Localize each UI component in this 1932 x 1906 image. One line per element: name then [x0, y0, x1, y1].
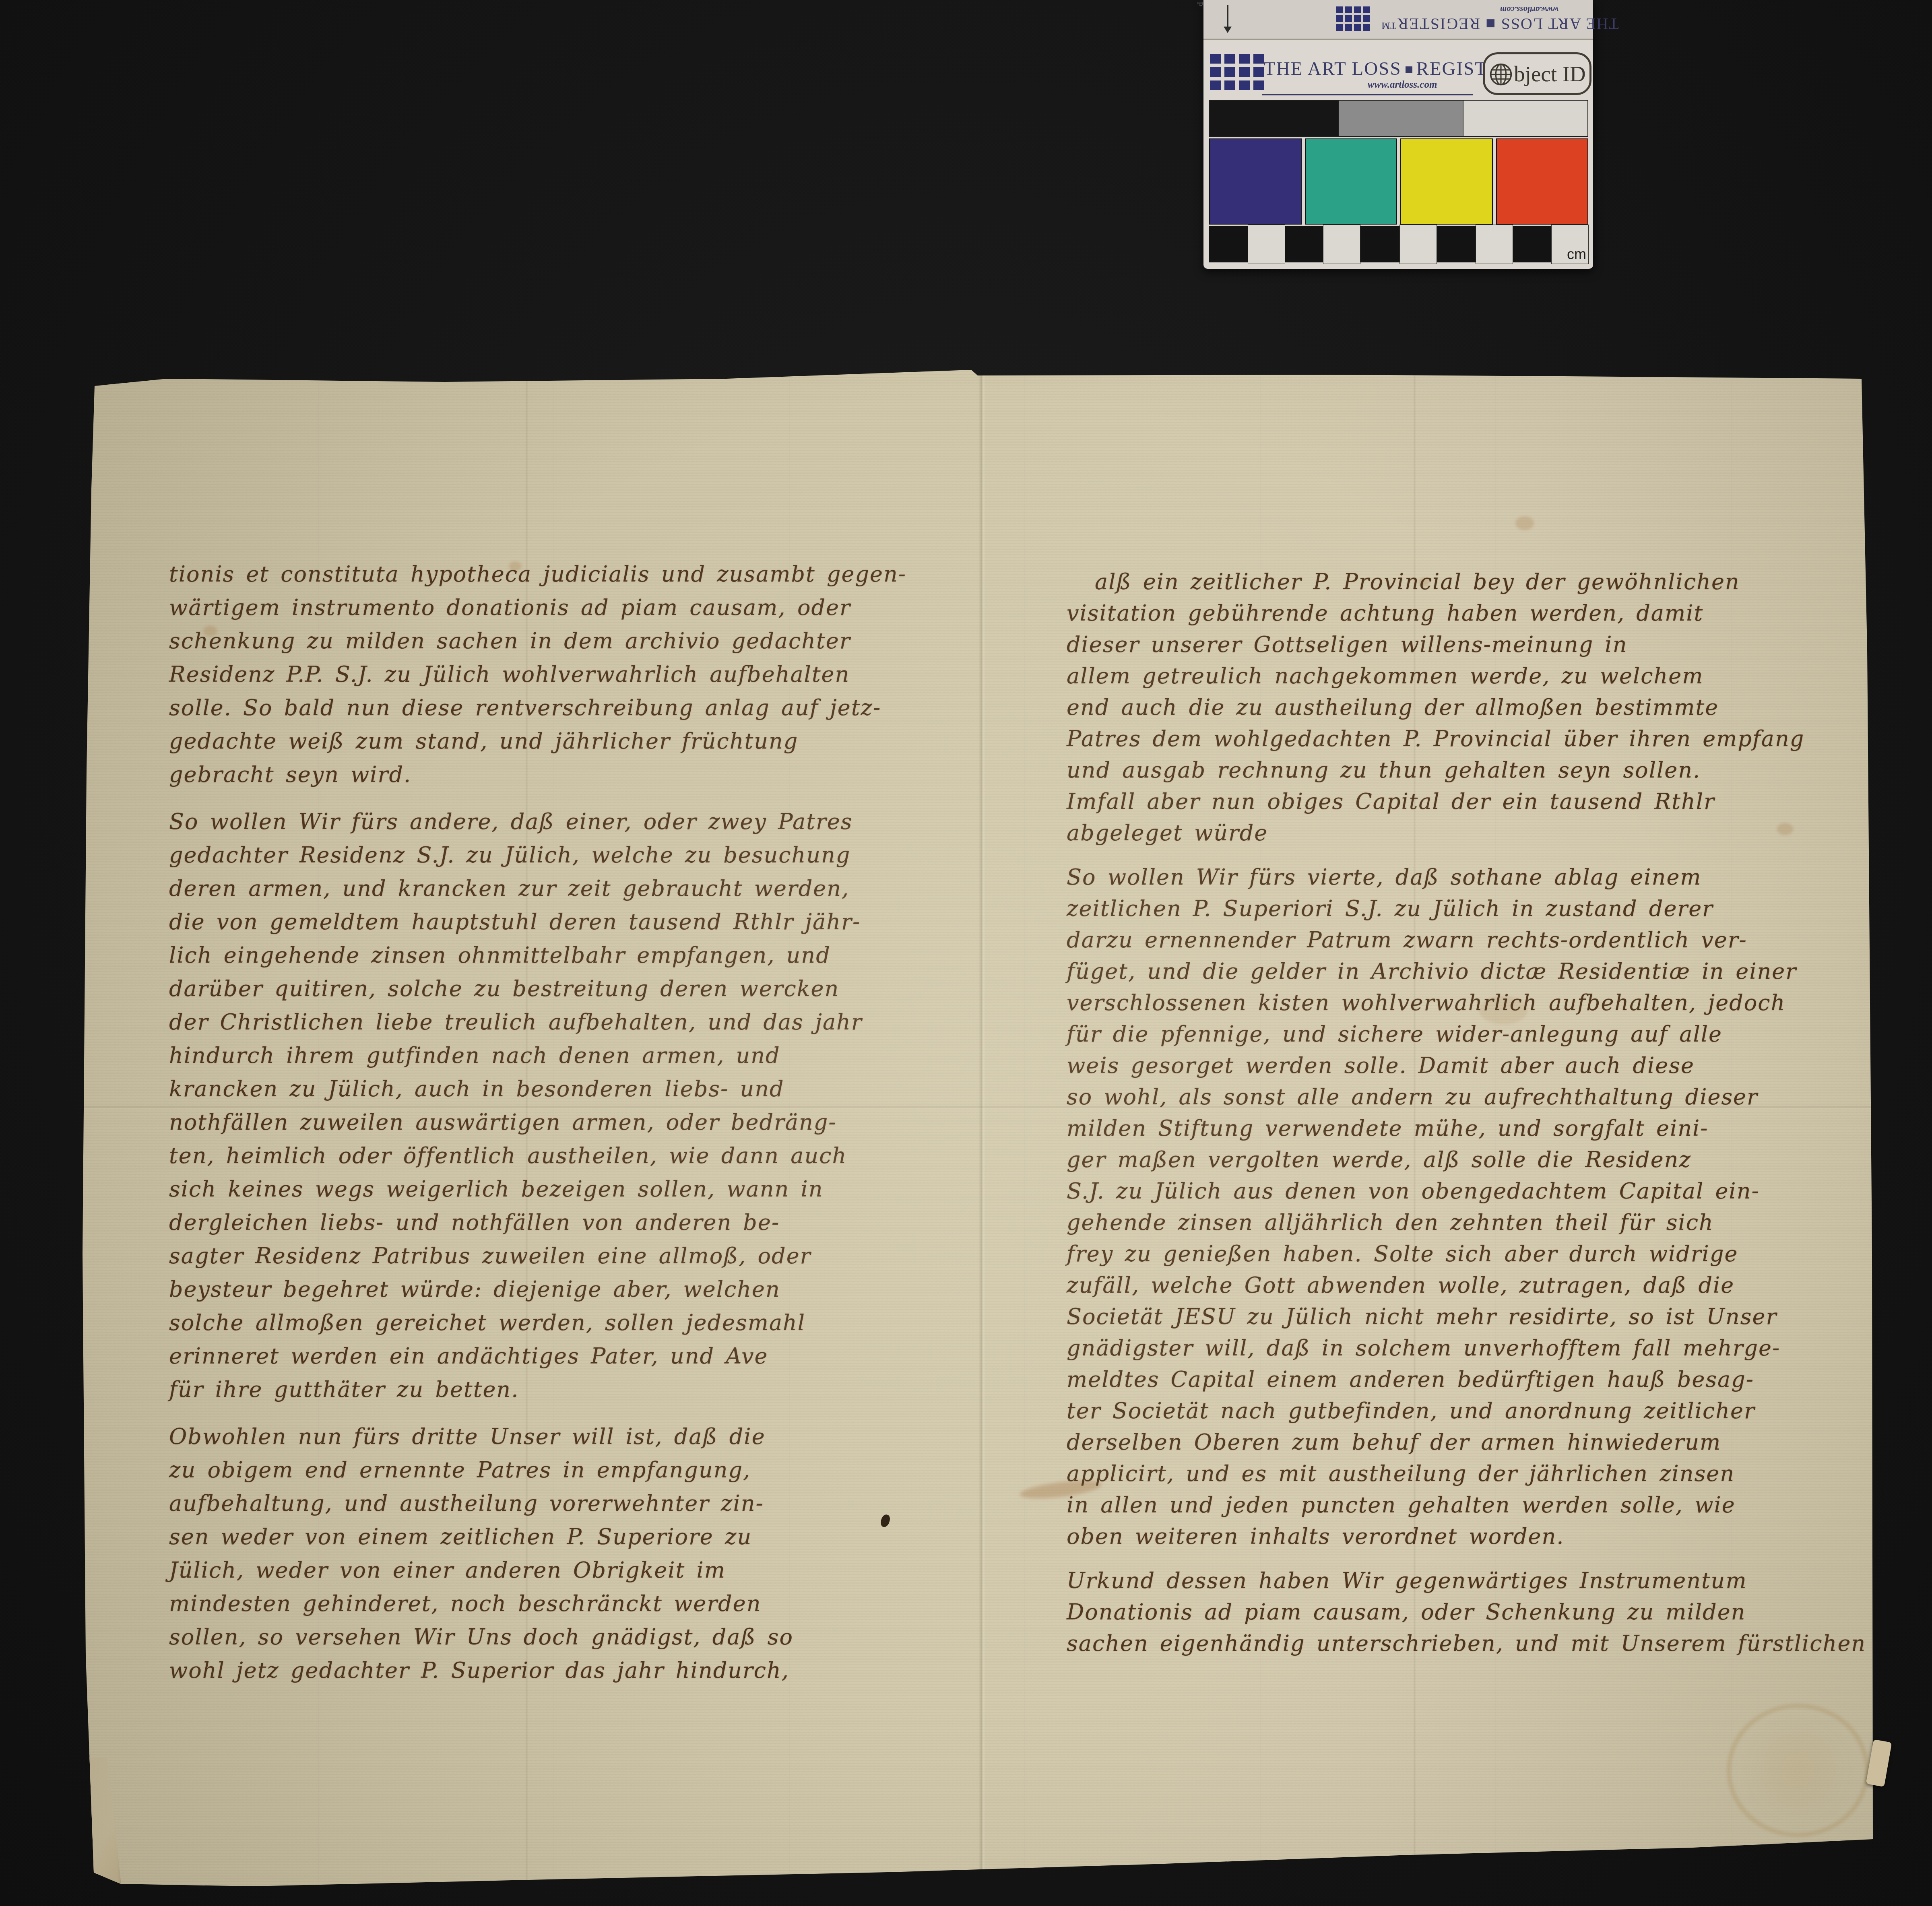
right-page-text: alß ein zeitlicher P. Provincial bey der…	[1067, 566, 1870, 1672]
logo-square	[1336, 7, 1343, 14]
manuscript-line: visitation gebührende achtung haben werd…	[1067, 598, 1870, 629]
ruler-white-square	[1476, 225, 1513, 264]
manuscript-line: gehende zinsen alljährlich den zehnten t…	[1067, 1207, 1870, 1238]
grayscale-bar	[1209, 100, 1588, 137]
manuscript-line: sachen eigenhändig unterschrieben, und m…	[1067, 1628, 1870, 1659]
flap-edge-letter: P	[1195, 2, 1205, 10]
photo-stage: P THE ART LOSS ■ REGISTER™ www.artloss.c…	[0, 0, 1932, 1906]
ring-stain	[1727, 1704, 1869, 1837]
color-patch-bar	[1209, 138, 1588, 225]
gray-patch-white	[1463, 101, 1587, 136]
manuscript-line: gedachter Residenz S.J. zu Jülich, welch…	[169, 838, 944, 872]
logo-square	[1363, 16, 1370, 23]
brand-underline	[1262, 94, 1473, 95]
manuscript-line: wärtigem instrumento donationis ad piam …	[169, 591, 944, 624]
manuscript-line: krancken zu Jülich, auch in besonderen l…	[169, 1072, 944, 1106]
manuscript-line: Residenz P.P. S.J. zu Jülich wohlverwahr…	[169, 658, 944, 691]
color-patch-blue	[1209, 138, 1302, 225]
manuscript-line: oben weiteren inhalts verordnet worden.	[1067, 1521, 1870, 1552]
manuscript-line: zufäll, welche Gott abwenden wolle, zutr…	[1067, 1270, 1870, 1301]
logo-square	[1336, 16, 1343, 23]
manuscript-line: S.J. zu Jülich aus denen von obengedacht…	[1067, 1176, 1870, 1207]
logo-square	[1239, 80, 1250, 90]
manuscript-line: in allen und jeden puncten gehalten werd…	[1067, 1489, 1870, 1521]
manuscript-line: darüber quitiren, solche zu bestreitung …	[169, 972, 944, 1005]
brand-separator-square-icon	[1406, 66, 1412, 73]
manuscript-line: deren armen, und krancken zur zeit gebra…	[169, 872, 944, 905]
manuscript-line: so wohl, als sonst alle andern zu aufrec…	[1067, 1081, 1870, 1113]
color-patch-yellow	[1400, 138, 1493, 225]
manuscript-line: schenkung zu milden sachen in dem archiv…	[169, 624, 944, 658]
brand-url: www.artloss.com	[1332, 79, 1472, 91]
manuscript-line: Societät JESU zu Jülich nicht mehr resid…	[1067, 1301, 1870, 1333]
ruler-white-square	[1248, 225, 1285, 264]
logo-square	[1224, 67, 1235, 77]
logo-square	[1210, 67, 1221, 77]
object-id-label: bject ID	[1514, 61, 1586, 87]
art-loss-register-logo-icon	[1210, 54, 1264, 90]
manuscript-paragraph: alß ein zeitlicher P. Provincial bey der…	[1067, 566, 1870, 849]
manuscript-line: gnädigster will, daß in solchem unverhof…	[1067, 1333, 1870, 1364]
card-flap: P THE ART LOSS ■ REGISTER™ www.artloss.c…	[1203, 0, 1593, 40]
manuscript-line: hindurch ihrem gutfinden nach denen arme…	[169, 1039, 944, 1072]
manuscript-line: für die pfennige, und sichere wider-anle…	[1067, 1019, 1870, 1050]
manuscript-line: applicirt, und es mit austheilung der jä…	[1067, 1458, 1870, 1489]
flap-text-column: THE ART LOSS ■ REGISTER™ www.artloss.com	[1380, 4, 1619, 33]
manuscript-line: gebracht seyn wird.	[169, 758, 944, 791]
object-id-badge: bject ID	[1483, 52, 1591, 95]
ruler-white-square	[1323, 225, 1360, 264]
manuscript-line: sollen, so versehen Wir Uns doch gnädigs…	[169, 1620, 944, 1654]
logo-square	[1363, 25, 1370, 31]
manuscript-line: die von gemeldtem hauptstuhl deren tause…	[169, 905, 944, 939]
manuscript-line: darzu ernennender Patrum zwarn rechts-or…	[1067, 924, 1870, 956]
brand-title: THE ART LOSSREGISTERTM	[1264, 56, 1476, 80]
center-fold-crease	[978, 368, 986, 1889]
manuscript-line: tionis et constituta hypotheca judiciali…	[169, 557, 944, 591]
logo-square	[1224, 54, 1235, 64]
manuscript-line: wohl jetz gedachter P. Superior das jahr…	[169, 1654, 944, 1687]
art-loss-register-logo-icon	[1336, 7, 1370, 31]
gray-patch-mid	[1338, 101, 1463, 136]
globe-icon	[1488, 62, 1513, 87]
manuscript-line: derselben Oberen zum behuf der armen hin…	[1067, 1427, 1870, 1458]
manuscript-line: So wollen Wir fürs vierte, daß sothane a…	[1067, 862, 1870, 893]
manuscript-paragraph: So wollen Wir fürs vierte, daß sothane a…	[1067, 862, 1870, 1552]
color-patch-red	[1496, 138, 1589, 225]
manuscript-line: dieser unserer Gottseligen willens-meinu…	[1067, 629, 1870, 660]
cm-unit-label: cm	[1567, 246, 1586, 263]
manuscript-line: Donationis ad piam causam, oder Schenkun…	[1067, 1597, 1870, 1628]
manuscript-line: frey zu genießen haben. Solte sich aber …	[1067, 1238, 1870, 1270]
manuscript-line: Jülich, weder von einer anderen Obrigkei…	[169, 1553, 944, 1587]
manuscript-line: solche allmoßen gereichet werden, sollen…	[169, 1306, 944, 1339]
manuscript-line: ger maßen vergolten werde, alß solle die…	[1067, 1144, 1870, 1176]
manuscript-line: end auch die zu austheilung der allmoßen…	[1067, 692, 1870, 723]
manuscript-line: beysteur begehret würde: diejenige aber,…	[169, 1273, 944, 1306]
manuscript-line: weis gesorget werden solle. Damit aber a…	[1067, 1050, 1870, 1081]
manuscript-line: verschlossenen kisten wohlverwahrlich au…	[1067, 987, 1870, 1019]
manuscript-line: Patres dem wohlgedachten P. Provincial ü…	[1067, 723, 1870, 755]
manuscript-line: ten, heimlich oder öffentlich austheilen…	[169, 1139, 944, 1172]
manuscript-line: erinneret werden ein andächtiges Pater, …	[169, 1339, 944, 1373]
manuscript-paragraph: So wollen Wir fürs andere, daß einer, od…	[169, 805, 944, 1406]
manuscript-line: aufbehaltung, und austheilung vorerwehnt…	[169, 1487, 944, 1520]
logo-square	[1224, 80, 1235, 90]
dog-ear-fold	[83, 1753, 123, 1889]
logo-square	[1336, 25, 1343, 31]
manuscript-line: gedachte weiß zum stand, und jährlicher …	[169, 724, 944, 758]
manuscript-line: meldtes Capital einem anderen bedürftige…	[1067, 1364, 1870, 1395]
manuscript-line: dergleichen liebs- und nothfällen von an…	[169, 1206, 944, 1239]
logo-square	[1354, 25, 1361, 31]
calibration-card: P THE ART LOSS ■ REGISTER™ www.artloss.c…	[1203, 0, 1593, 269]
manuscript-line: zu obigem end ernennte Patres in empfang…	[169, 1453, 944, 1487]
manuscript-line: milden Stiftung verwendete mühe, und sor…	[1067, 1113, 1870, 1144]
manuscript-line: abgeleget würde	[1067, 817, 1870, 849]
brand-name: THE ART LOSS	[1264, 58, 1402, 79]
logo-square	[1363, 7, 1370, 14]
foxing-spot	[1515, 516, 1534, 530]
logo-square	[1210, 80, 1221, 90]
manuscript-line: zeitlichen P. Superiori S.J. zu Jülich i…	[1067, 893, 1870, 924]
manuscript-line: lich eingehende zinsen ohnmittelbahr emp…	[169, 939, 944, 972]
logo-square	[1239, 54, 1250, 64]
manuscript-line: und ausgab rechnung zu thun gehalten sey…	[1067, 755, 1870, 786]
manuscript-line: füget, und die gelder in Archivio dictæ …	[1067, 956, 1870, 987]
logo-square	[1345, 7, 1352, 14]
manuscript-line: alß ein zeitlicher P. Provincial bey der…	[1067, 566, 1870, 598]
logo-square	[1354, 16, 1361, 23]
manuscript-line: sen weder von einem zeitlichen P. Superi…	[169, 1520, 944, 1553]
manuscript-line: mindesten gehinderet, noch beschränckt w…	[169, 1587, 944, 1620]
manuscript-line: für ihre gutthäter zu betten.	[169, 1373, 944, 1406]
flap-url-text: www.artloss.com	[1500, 4, 1558, 14]
manuscript-paragraph: tionis et constituta hypotheca judiciali…	[169, 557, 944, 791]
manuscript-line: nothfällen zuweilen auswärtigen armen, o…	[169, 1106, 944, 1139]
logo-square	[1253, 80, 1264, 90]
gray-patch-black	[1210, 101, 1338, 136]
manuscript-line: So wollen Wir fürs andere, daß einer, od…	[169, 805, 944, 838]
manuscript-line: Imfall aber nun obiges Capital der ein t…	[1067, 786, 1870, 817]
manuscript-line: der Christlichen liebe treulich aufbehal…	[169, 1005, 944, 1039]
ruler-white-square: cm	[1551, 225, 1589, 264]
manuscript-line: allem getreulich nachgekommen werde, zu …	[1067, 660, 1870, 692]
manuscript-paragraph: Urkund dessen haben Wir gegenwärtiges In…	[1067, 1565, 1870, 1659]
down-arrow-icon	[1227, 5, 1228, 27]
logo-square	[1253, 54, 1264, 64]
manuscript-line: Urkund dessen haben Wir gegenwärtiges In…	[1067, 1565, 1870, 1597]
manuscript-line: ter Societät nach gutbefinden, und anord…	[1067, 1395, 1870, 1427]
logo-square	[1345, 16, 1352, 23]
logo-square	[1239, 67, 1250, 77]
manuscript-line: Obwohlen nun fürs dritte Unser will ist,…	[169, 1420, 944, 1453]
color-patch-green	[1305, 138, 1397, 225]
logo-square	[1345, 25, 1352, 31]
flap-brand-text: THE ART LOSS ■ REGISTER™	[1380, 14, 1619, 33]
manuscript-paragraph: Obwohlen nun fürs dritte Unser will ist,…	[169, 1420, 944, 1687]
left-page-text: tionis et constituta hypotheca judiciali…	[169, 557, 944, 1701]
logo-square	[1354, 7, 1361, 14]
logo-square	[1210, 54, 1221, 64]
cm-ruler: cm	[1209, 226, 1588, 262]
manuscript-line: sagter Residenz Patribus zuweilen eine a…	[169, 1239, 944, 1273]
logo-square	[1253, 67, 1264, 77]
manuscript-line: solle. So bald nun diese rentverschreibu…	[169, 691, 944, 724]
flap-rotated-content: THE ART LOSS ■ REGISTER™ www.artloss.com	[1336, 1, 1590, 37]
manuscript-sheet: tionis et constituta hypotheca judiciali…	[83, 368, 1874, 1889]
ruler-white-square	[1399, 225, 1437, 264]
manuscript-line: sich keines wegs weigerlich bezeigen sol…	[169, 1172, 944, 1206]
